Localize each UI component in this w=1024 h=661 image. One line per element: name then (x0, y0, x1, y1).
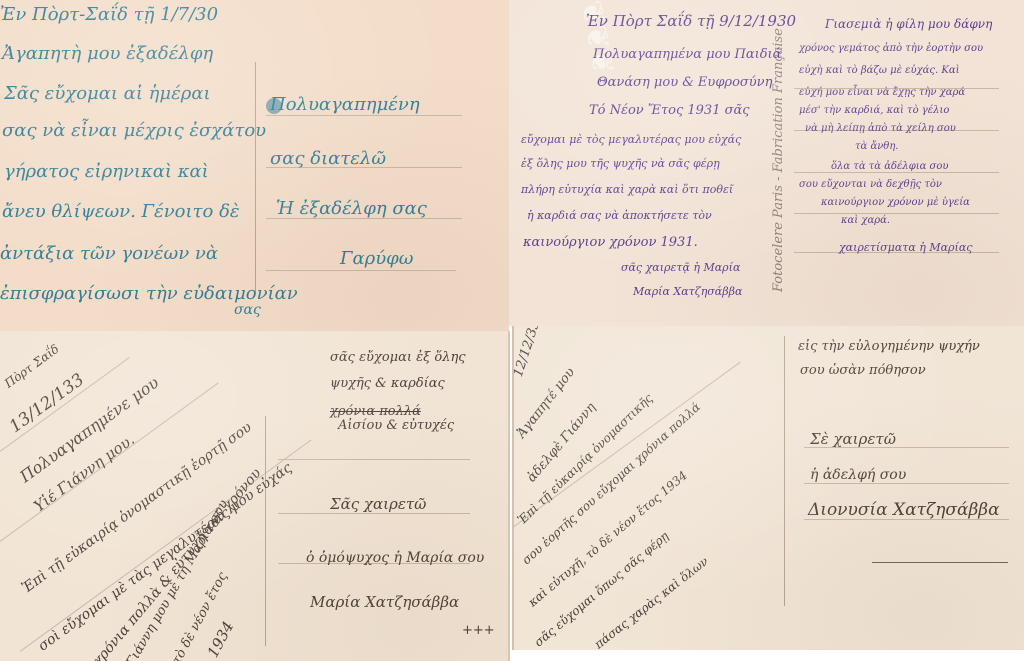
address-line (794, 172, 999, 173)
handwritten-line: εὐχὴ καὶ τὸ βάζω μὲ εὐχάς. Καὶ (799, 66, 960, 76)
handwritten-line: σας διατελῶ (270, 150, 386, 168)
address-line (266, 270, 456, 271)
address-line (278, 513, 470, 514)
handwritten-line: ἐπισφραγίσωσι τὴν εὐδαιμονίαν (0, 285, 298, 303)
signature: Μαρία Χατζησάββα (310, 595, 459, 610)
handwritten-line: Αἰσίου & εὐτυχές (338, 419, 454, 432)
handwritten-line: ψυχῆς & καρδίας (330, 377, 445, 390)
address-divider (265, 416, 266, 646)
handwritten-line: νὰ μὴ λείπῃ ἀπὸ τὰ χείλη σου (805, 124, 956, 134)
handwritten-line: σᾶς εὔχομαι ἐξ ὅλης (330, 351, 466, 364)
struck-text: χρόνια πολλά (330, 405, 421, 418)
handwritten-line: γήρατος εἰρηνικαὶ καὶ (4, 163, 209, 181)
handwritten-line: ἡ ἀδελφή σου (810, 468, 906, 482)
handwritten-line: σας νὰ εἶναι μέχρις ἐσχάτου (2, 122, 266, 140)
handwritten-line: καὶ χαρά. (841, 216, 890, 226)
handwritten-line: Ἐν Πὸρτ-Σαΐδ τῇ 1/7/30 (0, 6, 218, 24)
address-divider (255, 62, 256, 292)
handwritten-line: σας (234, 303, 261, 317)
handwritten-line: μέσ' τὴν καρδιά, καὶ τὸ γέλιο (799, 106, 949, 116)
handwritten-line: ἄνευ θλίψεων. Γένοιτο δὲ (2, 203, 240, 221)
handwritten-line: σᾶς χαιρετᾷ ἡ Μαρία (621, 262, 740, 273)
signature: Γαρύφω (340, 250, 413, 268)
handwritten-line: ὁ ὁμόψυχος ἡ Μαρία σου (306, 551, 484, 565)
handwritten-line: πάσας χαρὰς καὶ ὅλων (592, 555, 710, 650)
handwritten-line: καινούργιον χρόνον 1931. (523, 236, 698, 249)
handwritten-line: Θανάση μου & Ευφροσύνη (597, 76, 772, 89)
address-line (872, 562, 1008, 563)
printer-mark: Fotocelere Paris - Fabrication Française (771, 28, 786, 292)
address-line (804, 483, 1009, 484)
handwritten-line: Σᾶς χαιρετῶ (330, 497, 426, 512)
signature: χαιρετίσματα ἡ Μαρίας (839, 242, 972, 253)
handwritten-line: ἡ καρδιά σας νὰ ἀποκτήσετε τὸν (527, 210, 712, 221)
handwritten-line: σου ὡσὰν πόθησον (800, 364, 926, 377)
postcard-2: ❦❦❦ Fotocelere Paris - Fabrication Franç… (509, 0, 1024, 326)
handwritten-line: ὅλα τὰ τὰ ἀδέλφια σου (831, 162, 948, 172)
handwritten-line: Ἡ ἐξαδέλφη σας (276, 200, 427, 218)
handwritten-line: εὐχή μου εἶναι νὰ ἔχῃς τὴν χαρά (799, 88, 965, 98)
handwritten-line: Γιασεμιὰ ἡ φίλη μου δάφνη (825, 18, 992, 30)
handwritten-line: Ἐν Πὸρτ Σαΐδ τῇ 9/12/1930 (586, 14, 796, 29)
signature: Διονυσία Χατζησάββα (808, 502, 1000, 519)
handwritten-line: πλήρη εὐτυχία καὶ χαρὰ καὶ ὅτι ποθεῖ (521, 184, 733, 195)
handwritten-line: εἰς τὴν εὐλογημένην ψυχήν (798, 340, 980, 353)
address-line (278, 459, 470, 460)
handwritten-line: Τό Νέον Ἔτος 1931 σᾶς (589, 104, 750, 117)
address-line (794, 213, 999, 214)
postcard-1: Ἐν Πὸρτ-Σαΐδ τῇ 1/7/30 Ἀγαπητὴ μου ἐξαδέ… (0, 0, 509, 331)
handwritten-line: ἀντάξια τῶν γονέων νὰ (0, 245, 218, 263)
cross-marks: +++ (462, 623, 495, 638)
handwritten-line: Ἀγαπητὴ μου ἐξαδέλφη (2, 45, 213, 63)
handwritten-line: εὔχομαι μὲ τὸς μεγαλυτέρας μου εὐχάς (521, 134, 741, 145)
handwritten-line: Σᾶς εὔχομαι αἱ ἡμέραι (4, 85, 211, 103)
address-line (266, 115, 462, 116)
handwritten-line: σου εὔχονται νὰ δεχθῇς τὸν (799, 180, 942, 190)
postcard-3: Πὸρτ Σαΐδ 13/12/133 Πολυαγαπημένε μου Υἱ… (0, 331, 510, 661)
handwritten-line: Πολυαγαπημένα μου Παιδιά (593, 48, 781, 61)
handwritten-line: χρόνος γεμάτος ἀπὸ τὴν ἑορτὴν σου (799, 44, 983, 54)
signature: Μαρία Χατζησάββα (633, 286, 742, 297)
handwritten-line: καινούργιον χρόνον μὲ ὑγεία (821, 198, 970, 208)
handwritten-line: Πὸρτ Σαΐδ (2, 343, 61, 390)
handwritten-line: τὰ ἄνθη. (855, 142, 899, 152)
address-divider (784, 336, 785, 606)
handwritten-line: χρόνια πολλὰ & εὐτυχῆ τοῦ χρόνου (91, 466, 264, 661)
postcard-4: 12/12/33 Ἀγαπητέ μου ἀδελφὲ Γιάννη Ἐπὶ τ… (512, 326, 1024, 650)
handwritten-line: 1934 (205, 619, 236, 660)
handwritten-line: ἐξ ὅλης μου τῆς ψυχῆς νὰ σᾶς φέρῃ (521, 158, 720, 169)
date: 12/12/33 (512, 326, 542, 379)
handwritten-line: Πολυαγαπημένη (270, 96, 420, 114)
handwritten-line: Σὲ χαιρετῶ (810, 432, 896, 447)
